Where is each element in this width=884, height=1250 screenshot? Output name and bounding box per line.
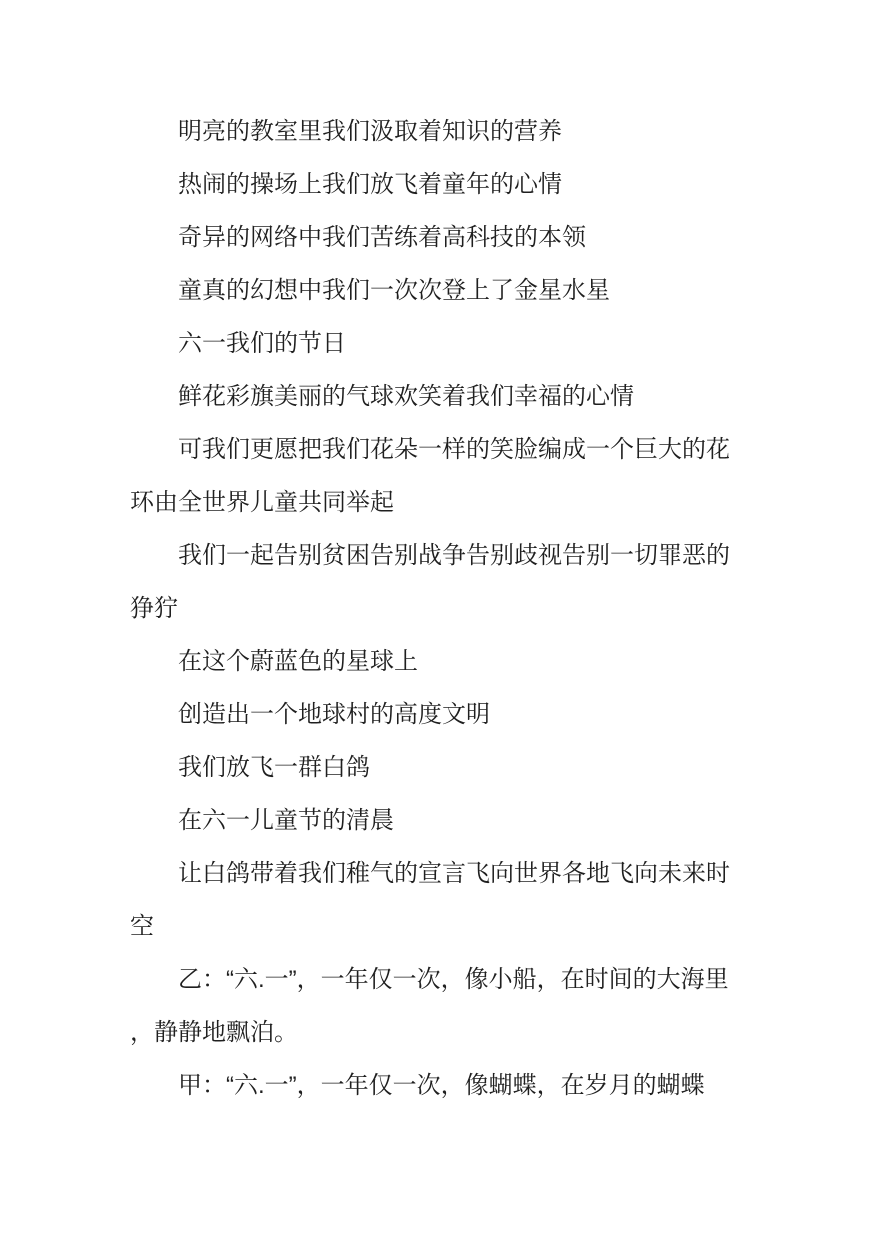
paragraph-line: 明亮的教室里我们汲取着知识的营养 [130,105,752,158]
paragraph-line: 可我们更愿把我们花朵一样的笑脸编成一个巨大的花环由全世界儿童共同举起 [130,423,752,529]
paragraph-line: 乙：“六.一”，一年仅一次，像小船，在时间的大海里，静静地飘泊。 [130,953,752,1059]
document-text-block: 明亮的教室里我们汲取着知识的营养 热闹的操场上我们放飞着童年的心情 奇异的网络中… [130,105,752,1112]
paragraph-line: 童真的幻想中我们一次次登上了金星水星 [130,264,752,317]
paragraph-line: 创造出一个地球村的高度文明 [130,688,752,741]
paragraph-line: 六一我们的节日 [130,317,752,370]
paragraph-line: 我们一起告别贫困告别战争告别歧视告别一切罪恶的狰狞 [130,529,752,635]
paragraph-line: 在六一儿童节的清晨 [130,794,752,847]
paragraph-line: 甲：“六.一”，一年仅一次，像蝴蝶，在岁月的蝴蝶 [130,1059,752,1112]
paragraph-line: 让白鸽带着我们稚气的宣言飞向世界各地飞向未来时空 [130,847,752,953]
paragraph-line: 在这个蔚蓝色的星球上 [130,635,752,688]
paragraph-line: 我们放飞一群白鸽 [130,741,752,794]
document-page: 明亮的教室里我们汲取着知识的营养 热闹的操场上我们放飞着童年的心情 奇异的网络中… [0,0,884,1250]
paragraph-line: 奇异的网络中我们苦练着高科技的本领 [130,211,752,264]
paragraph-line: 鲜花彩旗美丽的气球欢笑着我们幸福的心情 [130,370,752,423]
paragraph-line: 热闹的操场上我们放飞着童年的心情 [130,158,752,211]
